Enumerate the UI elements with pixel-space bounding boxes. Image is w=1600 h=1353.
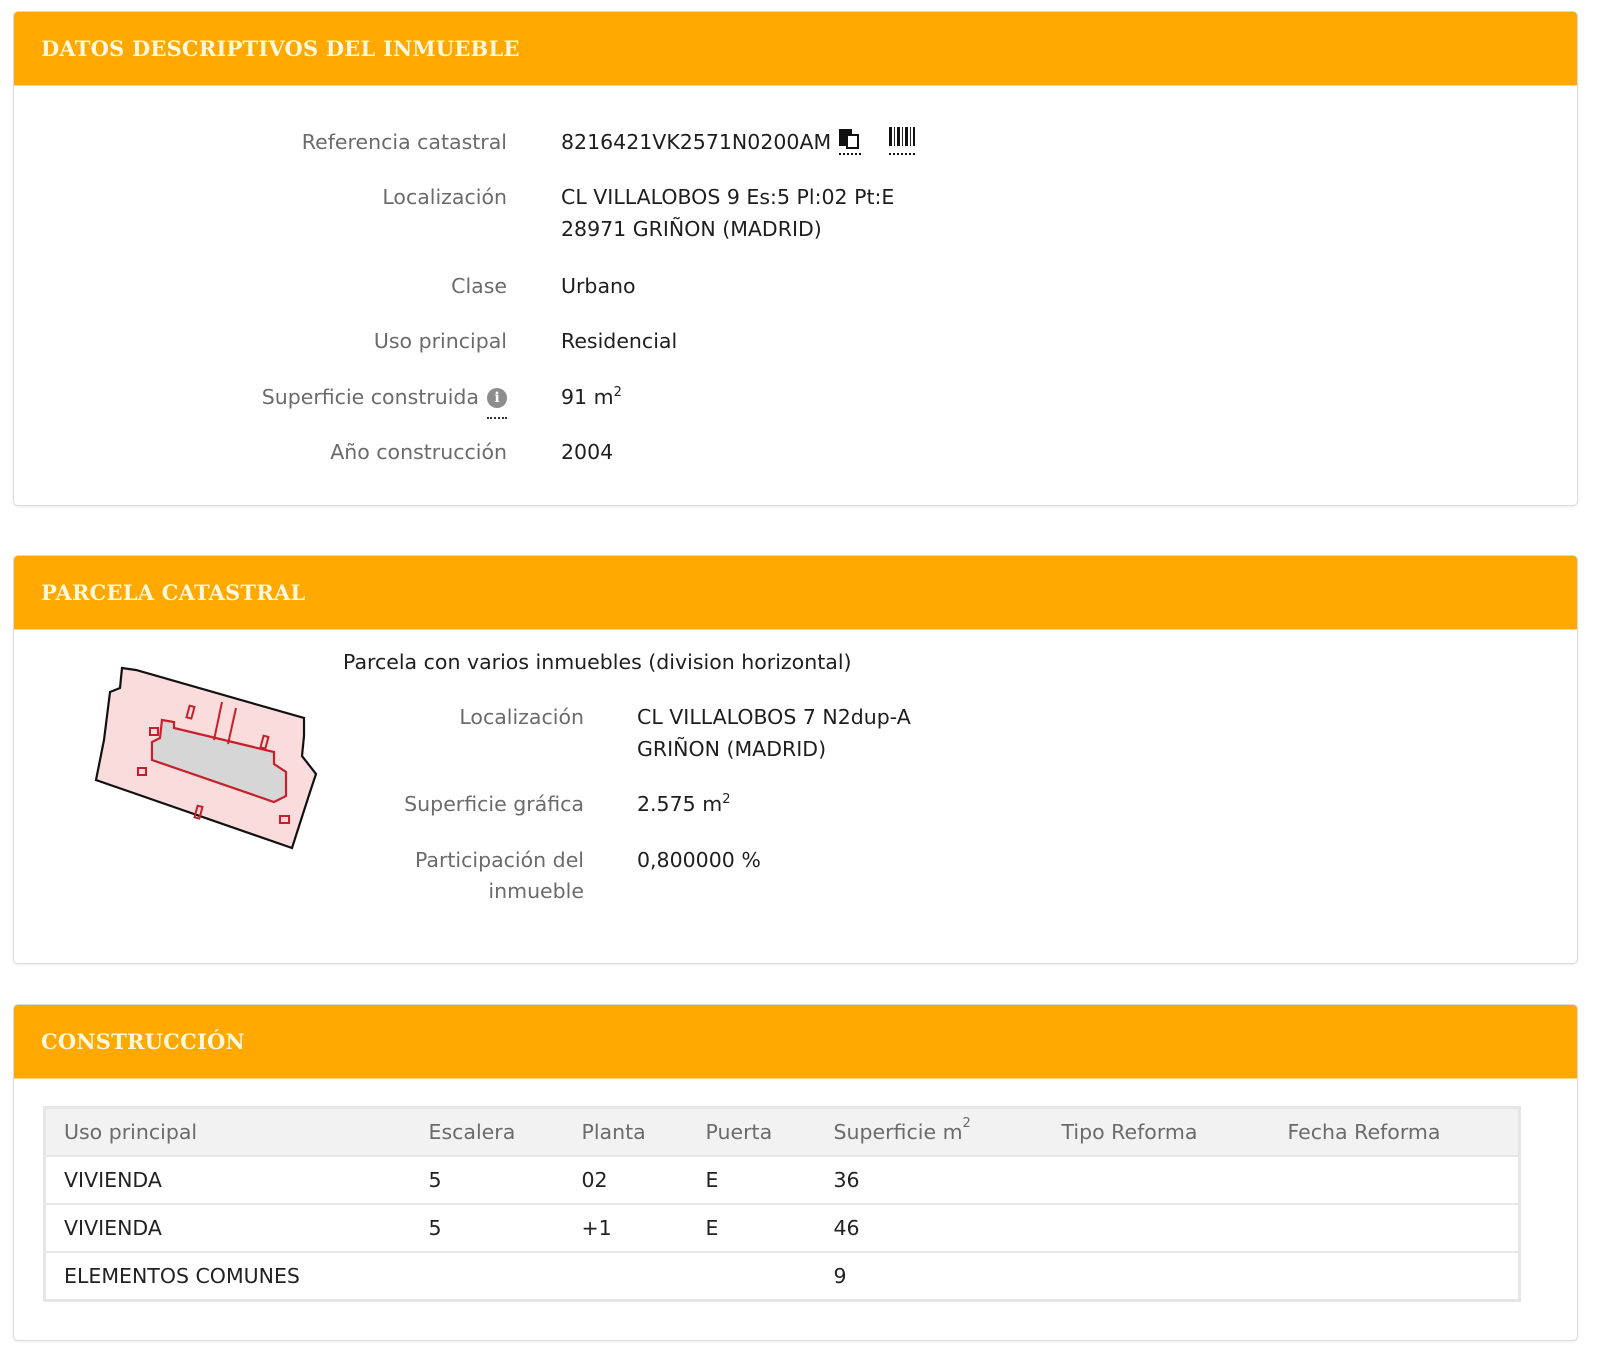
parcela-localizacion-line1: CL VILLALOBOS 7 N2dup-A xyxy=(637,701,911,733)
info-icon[interactable]: i xyxy=(487,388,507,408)
localizacion-label: Localización xyxy=(14,181,507,213)
col-puerta: Puerta xyxy=(688,1108,816,1157)
referencia-value-row: 8216421VK2571N0200AM xyxy=(561,126,915,158)
col-superficie: Superficie m2 xyxy=(816,1108,1044,1157)
inmueble-header: DATOS DESCRIPTIVOS DEL INMUEBLE xyxy=(14,12,1577,86)
superficie-label-row: Superficie construidai xyxy=(14,381,507,413)
cell-superficie: 36 xyxy=(816,1156,1044,1204)
parcela-localizacion-label: Localización xyxy=(314,701,584,733)
cell-planta: 02 xyxy=(564,1156,688,1204)
cell-fecha-reforma xyxy=(1270,1156,1520,1204)
parcela-superficie-value: 2.575 m xyxy=(637,792,722,816)
participacion-value: 0,800000 % xyxy=(637,844,761,876)
parcela-card: PARCELA CATASTRAL Parcela con varios inm… xyxy=(13,555,1578,964)
cell-uso: VIVIENDA xyxy=(45,1204,411,1252)
construccion-card: CONSTRUCCIÓN Uso principal Escalera Plan… xyxy=(13,1004,1578,1341)
referencia-value: 8216421VK2571N0200AM xyxy=(561,130,831,154)
parcela-superficie-value-row: 2.575 m2 xyxy=(637,788,730,820)
barcode-icon[interactable] xyxy=(889,127,915,153)
construccion-header: CONSTRUCCIÓN xyxy=(14,1005,1577,1079)
parcela-localizacion-line2: GRIÑON (MADRID) xyxy=(637,733,826,765)
clase-value: Urbano xyxy=(561,270,636,302)
clase-label: Clase xyxy=(14,270,507,302)
inmueble-card: DATOS DESCRIPTIVOS DEL INMUEBLE Referenc… xyxy=(13,11,1578,506)
cell-uso: ELEMENTOS COMUNES xyxy=(45,1252,411,1301)
cell-escalera xyxy=(411,1252,564,1301)
table-header-row: Uso principal Escalera Planta Puerta Sup… xyxy=(45,1108,1520,1157)
anio-value: 2004 xyxy=(561,436,613,468)
parcela-header: PARCELA CATASTRAL xyxy=(14,556,1577,630)
cell-superficie: 46 xyxy=(816,1204,1044,1252)
cell-tipo-reforma xyxy=(1044,1156,1270,1204)
cell-fecha-reforma xyxy=(1270,1204,1520,1252)
cell-escalera: 5 xyxy=(411,1156,564,1204)
col-planta: Planta xyxy=(564,1108,688,1157)
cell-puerta: E xyxy=(688,1156,816,1204)
cell-puerta: E xyxy=(688,1204,816,1252)
participacion-label-line1: Participación del xyxy=(314,844,584,876)
construccion-title: CONSTRUCCIÓN xyxy=(41,1005,245,1078)
cell-escalera: 5 xyxy=(411,1204,564,1252)
col-superficie-sup: 2 xyxy=(963,1116,971,1131)
col-superficie-label: Superficie m xyxy=(834,1120,963,1144)
parcela-title: PARCELA CATASTRAL xyxy=(41,556,305,629)
table-row: VIVIENDA 5 02 E 36 xyxy=(45,1156,1520,1204)
cell-tipo-reforma xyxy=(1044,1252,1270,1301)
cell-uso: VIVIENDA xyxy=(45,1156,411,1204)
cell-puerta xyxy=(688,1252,816,1301)
col-fecha-reforma: Fecha Reforma xyxy=(1270,1108,1520,1157)
superficie-unit-sup: 2 xyxy=(614,385,622,400)
table-row: VIVIENDA 5 +1 E 46 xyxy=(45,1204,1520,1252)
table-row: ELEMENTOS COMUNES 9 xyxy=(45,1252,1520,1301)
col-tipo-reforma: Tipo Reforma xyxy=(1044,1108,1270,1157)
copy-document-icon[interactable] xyxy=(839,127,861,153)
superficie-value-row: 91 m2 xyxy=(561,381,622,413)
uso-value: Residencial xyxy=(561,325,677,357)
parcela-superficie-unit-sup: 2 xyxy=(722,792,730,807)
participacion-label-line2: inmueble xyxy=(314,875,584,907)
superficie-value: 91 m xyxy=(561,385,614,409)
cell-planta xyxy=(564,1252,688,1301)
cell-tipo-reforma xyxy=(1044,1204,1270,1252)
referencia-label: Referencia catastral xyxy=(14,126,507,158)
inmueble-title: DATOS DESCRIPTIVOS DEL INMUEBLE xyxy=(41,12,520,85)
localizacion-line1: CL VILLALOBOS 9 Es:5 Pl:02 Pt:E xyxy=(561,181,894,213)
parcela-superficie-label: Superficie gráfica xyxy=(314,788,584,820)
cell-superficie: 9 xyxy=(816,1252,1044,1301)
uso-label: Uso principal xyxy=(14,325,507,357)
cell-fecha-reforma xyxy=(1270,1252,1520,1301)
parcela-subtitle: Parcela con varios inmuebles (division h… xyxy=(343,646,852,678)
col-escalera: Escalera xyxy=(411,1108,564,1157)
construccion-table: Uso principal Escalera Planta Puerta Sup… xyxy=(43,1106,1521,1302)
col-uso-principal: Uso principal xyxy=(45,1108,411,1157)
cell-planta: +1 xyxy=(564,1204,688,1252)
parcel-map-thumbnail[interactable] xyxy=(84,656,324,856)
superficie-label: Superficie construida xyxy=(262,385,479,409)
localizacion-line2: 28971 GRIÑON (MADRID) xyxy=(561,213,822,245)
anio-label: Año construcción xyxy=(14,436,507,468)
